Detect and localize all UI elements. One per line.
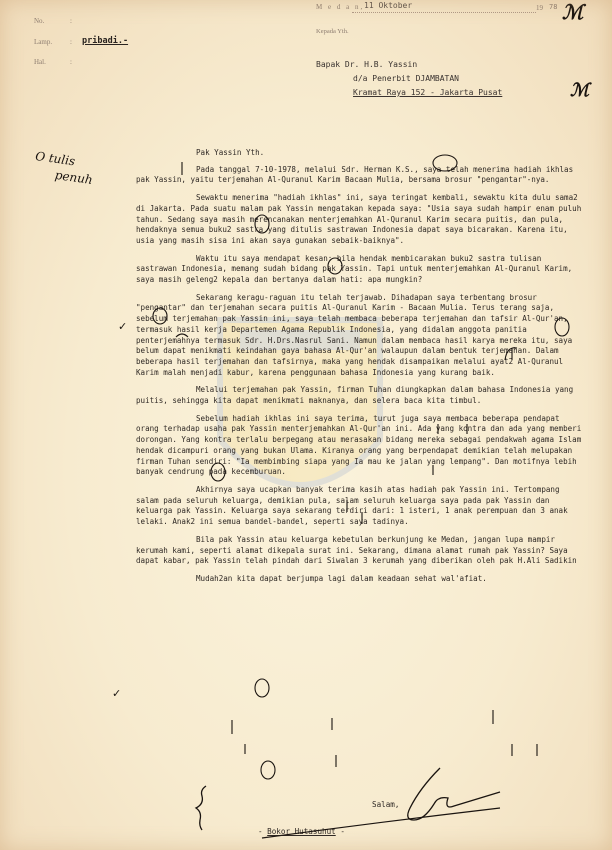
signer-name: Bokor Hutasuhut [267, 827, 336, 836]
paragraph-4: Sekarang keragu-raguan itu telah terjawa… [136, 293, 586, 379]
circle-mark-icon [255, 679, 269, 697]
paragraph-3: Waktu itu saya mendapat kesan: bila hend… [136, 254, 586, 286]
paragraph-1: Pada tanggal 7-10-1978, melalui Sdr. Her… [136, 165, 586, 186]
no-colon: : [70, 17, 72, 25]
signer-dash-right: - [340, 827, 345, 836]
paragraph-9: Mudah2an kita dapat berjumpa lagi dalam … [136, 574, 586, 585]
checkmark-icon: ✓ [118, 320, 127, 333]
recipient-name: Bapak Dr. H.B. Yassin [316, 60, 417, 69]
margin-handwritten-note: O tulis penuh [32, 148, 96, 188]
hal-label: Hal. [34, 58, 46, 66]
closing-salam: Salam, [372, 800, 399, 809]
city-label: M e d a n, [316, 3, 364, 11]
year-value: 78 [549, 3, 557, 11]
paragraph-5: Melalui terjemahan pak Yassin, firman Tu… [136, 385, 586, 406]
handwritten-initial-top: ℳ [562, 0, 583, 24]
recipient-address: Kramat Raya 152 - Jakarta Pusat [353, 88, 502, 97]
bracket-mark-icon [196, 786, 206, 830]
salutation: Pak Yassin Yth. [196, 148, 586, 159]
date-value: 11 Oktober [364, 1, 412, 10]
paragraph-7: Akhirnya saya ucapkan banyak terima kasi… [136, 485, 586, 528]
year-prefix: 19 [536, 4, 543, 12]
letter-body: Pak Yassin Yth. Pada tanggal 7-10-1978, … [136, 148, 586, 592]
signer-dash-left: - [258, 827, 263, 836]
date-dotted-line [352, 12, 536, 13]
handwritten-initial-address: ℳ [570, 80, 589, 101]
recipient-care-of: d/a Penerbit DJAMBATAN [353, 74, 459, 83]
checkmark-icon: ✓ [112, 687, 121, 700]
lamp-value: pribadi.- [82, 36, 128, 46]
paragraph-2: Sewaktu menerima "hadiah ikhlas" ini, sa… [136, 193, 586, 247]
paragraph-8: Bila pak Yassin atau keluarga kebetulan … [136, 535, 586, 567]
letter-page: No. : Lamp. : pribadi.- Hal. : M e d a n… [0, 0, 612, 850]
signer-name-line: - Bokor Hutasuhut - [258, 827, 345, 836]
circle-mark-icon [261, 761, 275, 779]
signature-icon [408, 768, 500, 820]
lamp-label: Lamp. [34, 38, 52, 46]
hal-colon: : [70, 58, 72, 66]
lamp-colon: : [70, 38, 72, 46]
kepada-label: Kepada Yth. [316, 28, 349, 35]
paragraph-6: Sebelum hadiah ikhlas ini saya terima, t… [136, 414, 586, 478]
no-label: No. [34, 17, 44, 25]
